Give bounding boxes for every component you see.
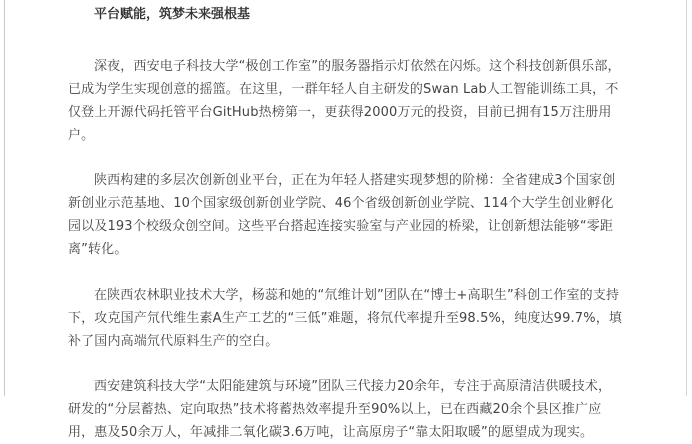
paragraph-xidian-studio: 深夜，西安电子科技大学“极创工作室”的服务器指示灯依然在闪烁。这个科技创新俱乐部… [68,55,624,147]
paragraph-solar-heating-team: 西安建筑科技大学“太阳能建筑与环境”团队三代接力20余年，专注于高原清洁供暖技术… [68,375,624,388]
section-title: 平台赋能，筑梦未来强根基 [68,0,624,26]
paragraph-deuterium-team: 在陕西农林职业技术大学，杨蕊和她的“氘维计划”团队在“博士+高职生”科创工作室的… [68,284,624,353]
paragraph-innovation-platforms: 陕西构建的多层次创新创业平台，正在为年轻人搭建实现梦想的阶梯：全省建成3个国家创… [68,169,624,261]
document-page: 平台赋能，筑梦未来强根基 深夜，西安电子科技大学“极创工作室”的服务器指示灯依然… [4,0,687,388]
article-body: 平台赋能，筑梦未来强根基 深夜，西安电子科技大学“极创工作室”的服务器指示灯依然… [68,0,624,388]
